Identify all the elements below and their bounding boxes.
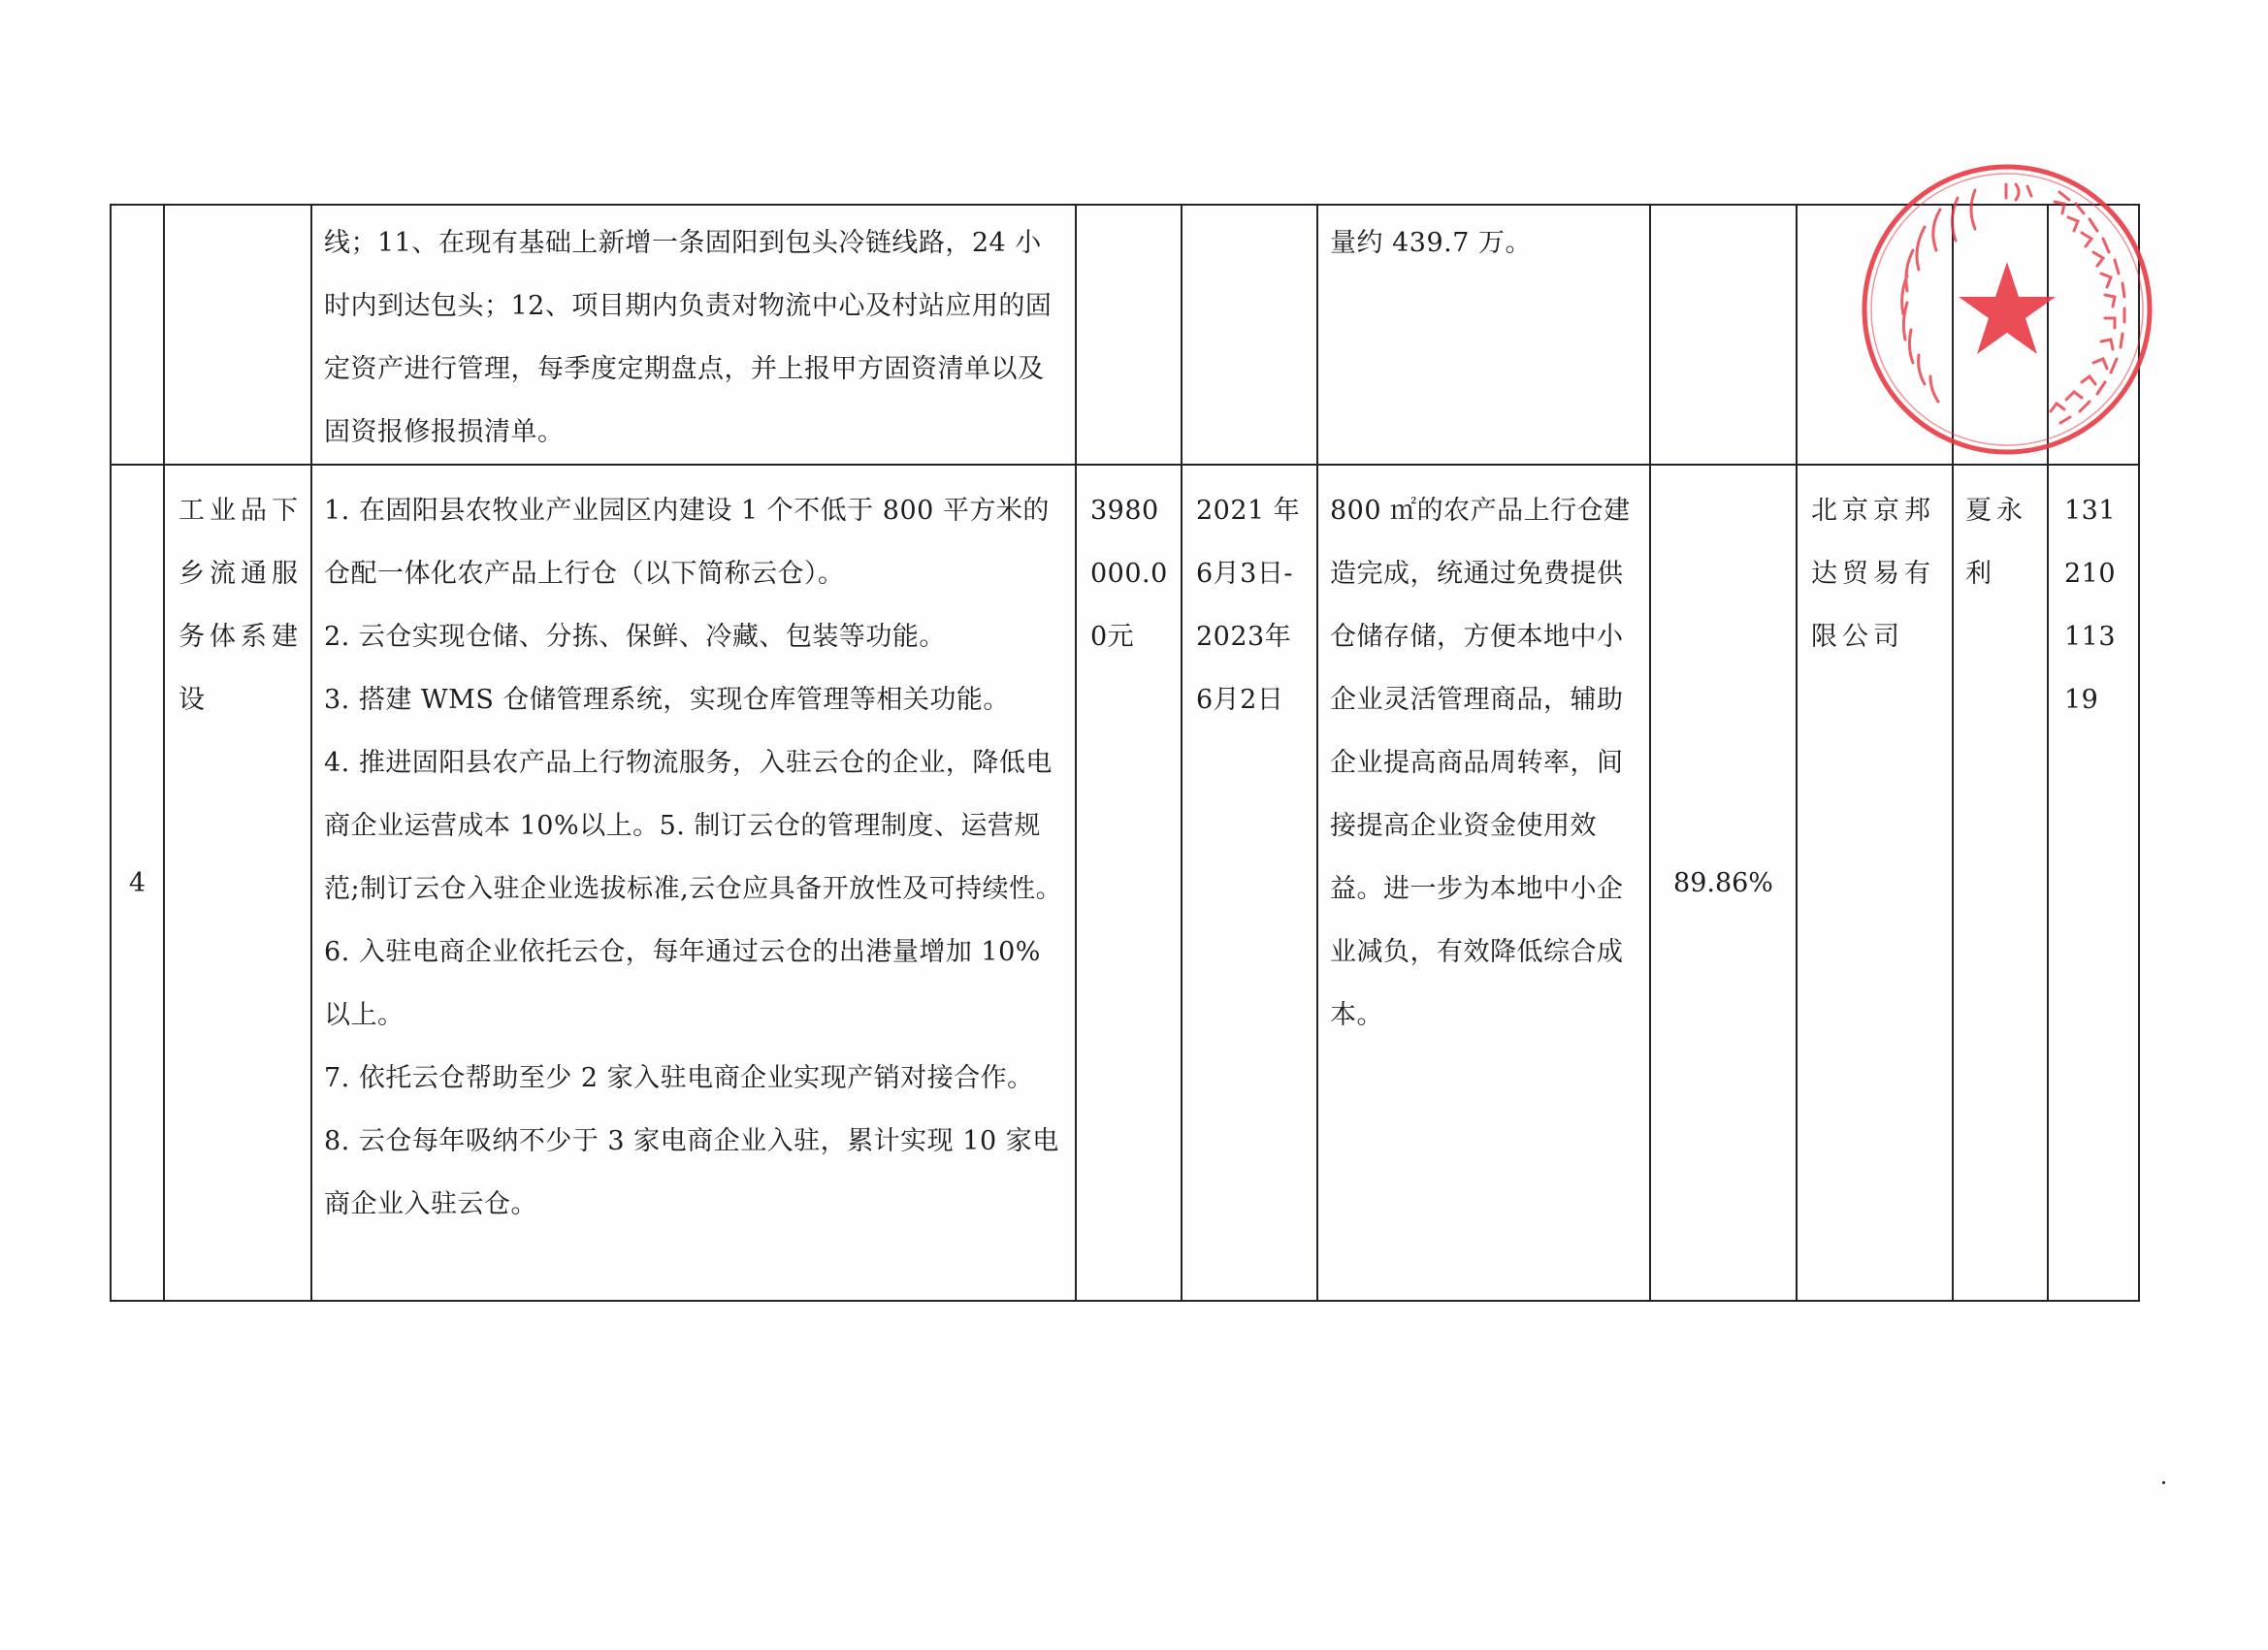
scan-speck (2162, 1481, 2165, 1484)
amount-cell: 3980000.00元 (1076, 465, 1182, 1301)
content-item: 2. 云仓实现仓储、分拣、保鲜、冷藏、包装等功能。 (324, 605, 1065, 668)
content-item: 8. 云仓每年吸纳不少于 3 家电商企业入驻，累计实现 10 家电商企业入驻云仓… (324, 1110, 1065, 1236)
contact-name: 夏永利 (1954, 466, 2047, 605)
index-cell: 4 (111, 465, 164, 1301)
benefit-text: 800 ㎡的农产品上行仓建造完成，统通过免费提供仓储存储，方便本地中小企业灵活管… (1318, 466, 1649, 1047)
content-item: 1. 在固阳县农牧业产业园区内建设 1 个不低于 800 平方米的仓配一体化农产… (324, 479, 1065, 605)
company-cell: 北京京邦达贸易有限公司 (1797, 465, 1953, 1301)
period-value: 2021 年6月3日-2023年6月2日 (1183, 466, 1316, 731)
content-cell: 线；11、在现有基础上新增一条固阳到包头冷链线路，24 小时内到达包头；12、项… (311, 205, 1076, 465)
contact-cell (1953, 205, 2048, 465)
content-text: 线；11、在现有基础上新增一条固阳到包头冷链线路，24 小时内到达包头；12、项… (312, 206, 1075, 464)
table-row: 线；11、在现有基础上新增一条固阳到包头冷链线路，24 小时内到达包头；12、项… (111, 205, 2139, 465)
amount-value: 3980000.00元 (1077, 466, 1181, 668)
contact-cell: 夏永利 (1953, 465, 2048, 1301)
row-index: 4 (129, 868, 146, 898)
project-name-cell (164, 205, 311, 465)
completion-rate: 89.86% (1673, 868, 1773, 898)
table-row: 4 工业品下乡流通服务体系建设 1. 在固阳县农牧业产业园区内建设 1 个不低于… (111, 465, 2139, 1301)
period-cell (1182, 205, 1317, 465)
content-cell: 1. 在固阳县农牧业产业园区内建设 1 个不低于 800 平方米的仓配一体化农产… (311, 465, 1076, 1301)
period-cell: 2021 年6月3日-2023年6月2日 (1182, 465, 1317, 1301)
content-item: 4. 推进固阳县农产品上行物流服务，入驻云仓的企业，降低电商企业运营成本 10%… (324, 731, 1065, 921)
rate-cell (1650, 205, 1797, 465)
phone-number: 13121011319 (2049, 466, 2138, 731)
benefit-cell: 800 ㎡的农产品上行仓建造完成，统通过免费提供仓储存储，方便本地中小企业灵活管… (1317, 465, 1650, 1301)
amount-cell (1076, 205, 1182, 465)
content-item: 7. 依托云仓帮助至少 2 家入驻电商企业实现产销对接合作。 (324, 1047, 1065, 1110)
phone-cell: 13121011319 (2048, 465, 2139, 1301)
company-name: 北京京邦达贸易有限公司 (1798, 466, 1952, 668)
benefit-cell: 量约 439.7 万。 (1317, 205, 1650, 465)
phone-cell (2048, 205, 2139, 465)
rate-cell: 89.86% (1650, 465, 1797, 1301)
content-item: 6. 入驻电商企业依托云仓，每年通过云仓的出港量增加 10%以上。 (324, 921, 1065, 1047)
content-list: 1. 在固阳县农牧业产业园区内建设 1 个不低于 800 平方米的仓配一体化农产… (312, 466, 1075, 1236)
document-page: 线；11、在现有基础上新增一条固阳到包头冷链线路，24 小时内到达包头；12、项… (0, 0, 2268, 1650)
project-name-cell: 工业品下乡流通服务体系建设 (164, 465, 311, 1301)
content-item: 3. 搭建 WMS 仓储管理系统，实现仓库管理等相关功能。 (324, 668, 1065, 731)
project-table: 线；11、在现有基础上新增一条固阳到包头冷链线路，24 小时内到达包头；12、项… (110, 204, 2140, 1302)
company-cell (1797, 205, 1953, 465)
project-name: 工业品下乡流通服务体系建设 (165, 466, 310, 731)
index-cell (111, 205, 164, 465)
